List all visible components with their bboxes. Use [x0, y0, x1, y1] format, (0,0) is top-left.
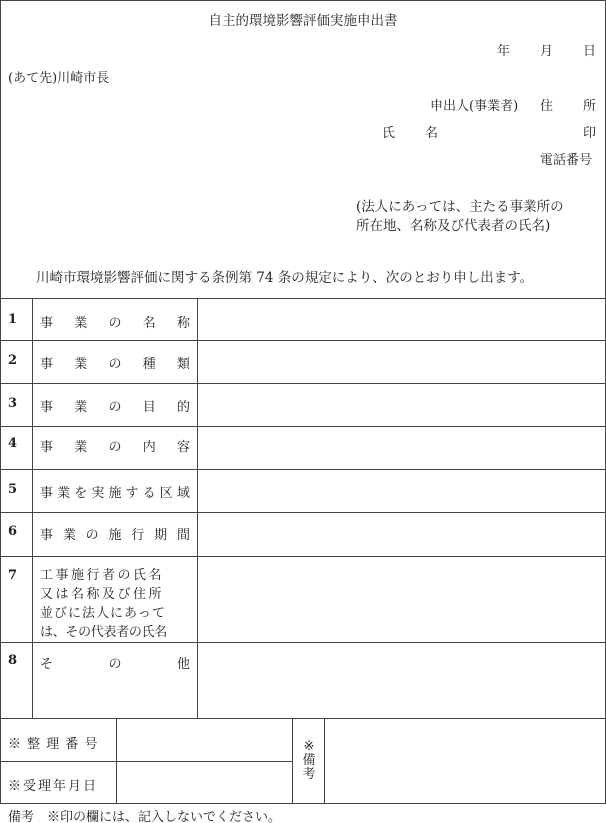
applicant-header-box: [0, 0, 606, 299]
label-char: 事: [40, 524, 53, 543]
label-char: 業: [74, 436, 87, 455]
label-char: の: [86, 524, 99, 543]
corporate-note-line1: (法人にあっては、主たる事業所の: [356, 195, 564, 215]
label-char: 的: [177, 396, 190, 415]
applicant-label: 申出人(事業者): [430, 95, 518, 114]
label-char: 種: [143, 353, 156, 372]
row-number: 4: [8, 436, 17, 451]
label-char: 期: [154, 524, 167, 543]
received-date-field: [117, 762, 292, 803]
label-line: 又は名称及び住所: [40, 585, 190, 604]
project-purpose-field[interactable]: [198, 384, 605, 426]
address-label-2: 所: [583, 95, 596, 114]
label-char: 事: [40, 482, 53, 501]
row-label: 事 業 の 目 的: [40, 396, 190, 415]
row-number: 7: [8, 568, 17, 583]
label-char: 業: [74, 353, 87, 372]
seal-mark: 印: [583, 122, 596, 141]
label-line: は、その代表者の氏名: [40, 623, 190, 642]
project-area-field[interactable]: [198, 470, 605, 512]
project-content-field[interactable]: [198, 427, 605, 469]
page-title: 自主的環境影響評価実施申出書: [0, 9, 606, 29]
remarks-mark: ※: [300, 740, 318, 754]
row-label: 事 業 の 施 行 期 間: [40, 524, 190, 543]
label-char: す: [126, 482, 139, 501]
label-char: 業: [63, 524, 76, 543]
label-char: る: [143, 482, 156, 501]
row-label: そ の 他: [40, 653, 190, 672]
statement-text: 川崎市環境影響評価に関する条例第 74 条の規定により、次のとおり申し出ます。: [36, 266, 533, 286]
label-char: 名: [143, 312, 156, 331]
phone-label: 電話番号: [540, 149, 592, 168]
label-char: を: [74, 482, 87, 501]
label-char: 実: [91, 482, 104, 501]
label-char: 事: [40, 396, 53, 415]
row-number: 2: [8, 353, 17, 368]
label-char: 区: [160, 482, 173, 501]
address-label-1: 住: [540, 95, 553, 114]
label-char: 行: [131, 524, 144, 543]
label-char: の: [108, 436, 121, 455]
received-date-label: ※受理年月日: [8, 775, 98, 794]
row-number: 8: [8, 653, 17, 668]
date-year-label: 年: [497, 40, 510, 59]
label-char: 間: [177, 524, 190, 543]
label-char: 事: [40, 436, 53, 455]
name-label-1: 氏: [382, 122, 395, 141]
row-label: 工事施行者の氏名 又は名称及び住所 並びに法人にあって は、その代表者の氏名: [40, 566, 190, 642]
label-char: 目: [143, 396, 156, 415]
remarks-field: [325, 719, 605, 803]
label-line: 並びに法人にあって: [40, 604, 190, 623]
row-label: 事 業 の 内 容: [40, 436, 190, 455]
label-char: 施: [108, 482, 121, 501]
label-char: 施: [108, 524, 121, 543]
remarks-char: 考: [300, 768, 318, 782]
contractor-info-field[interactable]: [198, 557, 605, 642]
label-char: 業: [74, 396, 87, 415]
project-period-field[interactable]: [198, 513, 605, 556]
date-day-label: 日: [583, 40, 596, 59]
row-label: 事 業 の 名 称: [40, 312, 190, 331]
label-char: 業: [57, 482, 70, 501]
label-char: 業: [74, 312, 87, 331]
label-char: の: [108, 396, 121, 415]
label-char: 他: [177, 653, 190, 672]
label-char: 容: [177, 436, 190, 455]
row-number: 3: [8, 396, 17, 411]
label-char: 域: [177, 482, 190, 501]
row-label: 事 業 を 実 施 す る 区 域: [40, 482, 190, 501]
label-line: 工事施行者の氏名: [40, 566, 190, 585]
remarks-char: 備: [300, 754, 318, 768]
remarks-label: ※ 備 考: [300, 740, 318, 782]
label-char: 称: [177, 312, 190, 331]
label-char: の: [108, 312, 121, 331]
row-number: 5: [8, 482, 17, 497]
label-char: 事: [40, 353, 53, 372]
label-char: の: [108, 653, 121, 672]
row-label: 事 業 の 種 類: [40, 353, 190, 372]
corporate-note-line2: 所在地、名称及び代表者の氏名): [356, 214, 550, 234]
label-char: の: [108, 353, 121, 372]
label-char: そ: [40, 653, 53, 672]
row-number: 6: [8, 524, 17, 539]
row-number: 1: [8, 312, 17, 327]
label-char: 類: [177, 353, 190, 372]
label-char: 事: [40, 312, 53, 331]
date-month-label: 月: [540, 40, 553, 59]
other-field[interactable]: [198, 643, 605, 718]
footer-note: 備考 ※印の欄には、記入しないでください。: [8, 806, 281, 823]
col-divider-num: [32, 298, 33, 719]
ref-number-field: [117, 719, 292, 761]
ref-number-label: ※ 整 理 番 号: [8, 733, 99, 752]
label-char: 内: [143, 436, 156, 455]
project-name-field[interactable]: [198, 299, 605, 340]
addressee: (あて先)川崎市長: [8, 67, 109, 86]
project-type-field[interactable]: [198, 341, 605, 383]
name-label-2: 名: [425, 122, 438, 141]
